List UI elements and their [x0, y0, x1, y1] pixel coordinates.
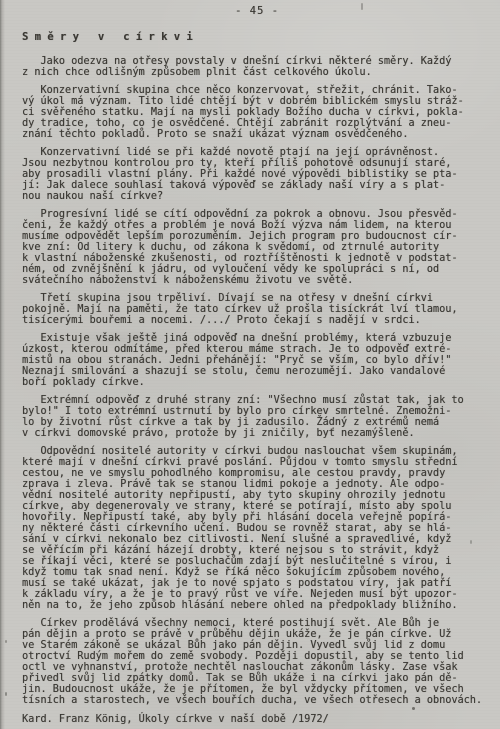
body-paragraph: Existuje však ještě jiná odpověď na dneš… [22, 333, 492, 388]
page-title: S m ě r y v c í r k v i [22, 32, 492, 43]
scan-speck [470, 540, 472, 544]
scan-speck [5, 640, 7, 643]
body-paragraph: Jako odezva na otřesy povstaly v dnešní … [22, 56, 492, 78]
scan-speck [361, 3, 363, 10]
page-content: - 45 - S m ě r y v c í r k v i Jako odez… [22, 6, 492, 725]
body-paragraph: Extrémní odpověď z druhé strany zní: "Vš… [22, 395, 492, 439]
scan-speck [5, 692, 7, 696]
body-paragraph: Třetí skupina jsou trpěliví. Dívají se n… [22, 293, 492, 326]
body-paragraph: Konzervativní lidé se při každé novotě p… [22, 147, 492, 202]
page-number: - 45 - [22, 6, 492, 17]
scan-speck [412, 707, 415, 710]
scanned-page: - 45 - S m ě r y v c í r k v i Jako odez… [0, 0, 500, 729]
body-paragraph: Odpovědní nositelé autority v církvi bud… [22, 446, 492, 611]
body-paragraph: Progresívní lidé se cítí odpovědní za po… [22, 209, 492, 286]
body-paragraph: Konzervativní skupina chce něco konzervo… [22, 85, 492, 140]
attribution-line: Kard. Franz König, Úkoly církve v naší d… [22, 714, 492, 725]
body-paragraph: Církev prodělává všechny nemoci, které p… [22, 618, 492, 706]
